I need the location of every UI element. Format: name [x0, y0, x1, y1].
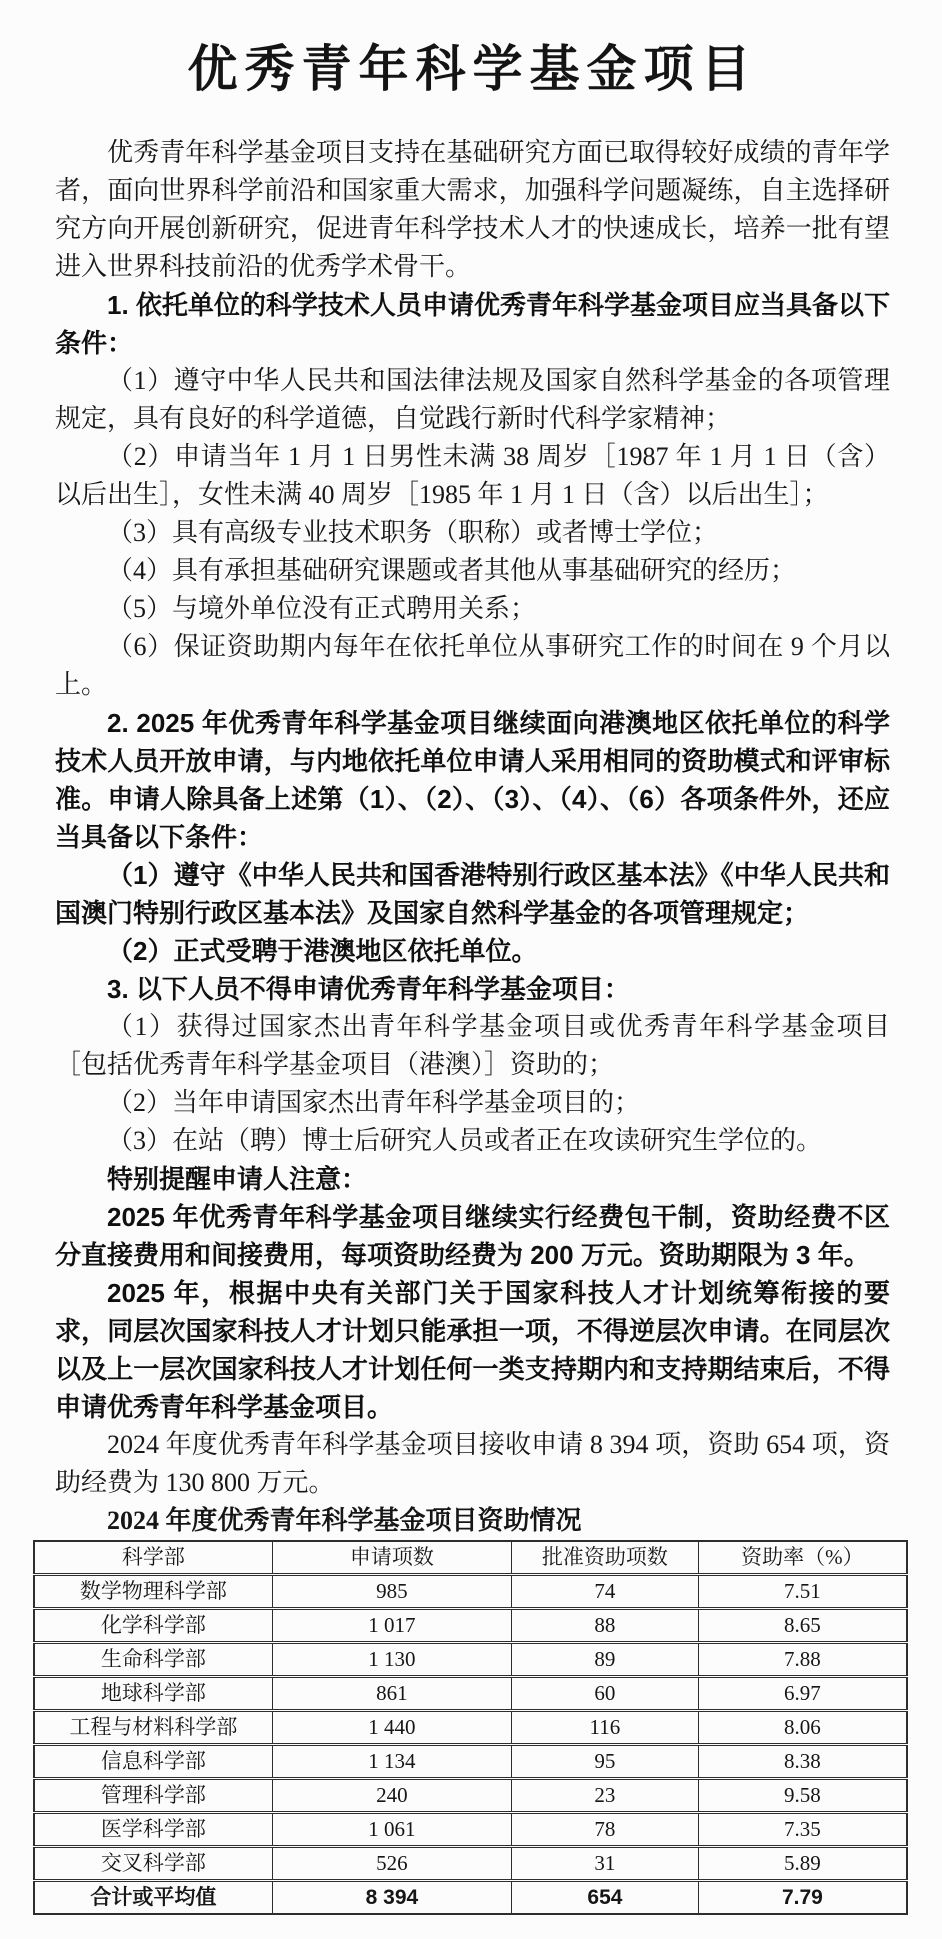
- table-cell-approved: 74: [512, 1575, 699, 1609]
- section-2-heading: 2. 2025 年优秀青年科学基金项目继续面向港澳地区依托单位的科学技术人员开放…: [55, 704, 890, 856]
- hk-macau-condition-1: （1）遵守《中华人民共和国香港特别行政区基本法》《中华人民共和国澳门特别行政区基…: [55, 856, 890, 932]
- table-cell-approved: 78: [512, 1813, 699, 1847]
- table-cell-approved: 89: [512, 1643, 699, 1677]
- stats-2024-paragraph: 2024 年度优秀青年科学基金项目接收申请 8 394 项，资助 654 项，资…: [55, 1426, 890, 1502]
- table-cell-department: 医学科学部: [34, 1813, 272, 1847]
- column-header-rate: 资助率（%）: [698, 1541, 907, 1575]
- table-row: 生命科学部 1 130 89 7.88: [34, 1643, 907, 1677]
- funding-amount-paragraph: 2025 年优秀青年科学基金项目继续实行经费包干制，资助经费不区分直接费用和间接…: [55, 1198, 890, 1274]
- table-cell-approved: 95: [512, 1745, 699, 1779]
- table-cell-approved: 23: [512, 1779, 699, 1813]
- page-title: 优秀青年科学基金项目: [55, 38, 890, 100]
- table-cell-rate: 9.58: [698, 1779, 907, 1813]
- table-cell-applications: 1 017: [272, 1609, 511, 1643]
- table-cell-total-approved: 654: [512, 1881, 699, 1915]
- table-cell-approved: 31: [512, 1847, 699, 1881]
- table-cell-department: 化学科学部: [34, 1609, 272, 1643]
- table-cell-department: 工程与材料科学部: [34, 1711, 272, 1745]
- condition-1-item-1: （1）遵守中华人民共和国法律法规及国家自然科学基金的各项管理规定，具有良好的科学…: [55, 362, 890, 438]
- table-cell-department: 管理科学部: [34, 1779, 272, 1813]
- table-cell-applications: 1 134: [272, 1745, 511, 1779]
- special-note-heading: 特别提醒申请人注意：: [55, 1160, 890, 1198]
- table-row: 管理科学部 240 23 9.58: [34, 1779, 907, 1813]
- table-cell-rate: 7.88: [698, 1643, 907, 1677]
- table-cell-approved: 116: [512, 1711, 699, 1745]
- table-cell-rate: 7.35: [698, 1813, 907, 1847]
- table-cell-department: 数学物理科学部: [34, 1575, 272, 1609]
- table-cell-rate: 8.06: [698, 1711, 907, 1745]
- table-cell-applications: 861: [272, 1677, 511, 1711]
- table-cell-applications: 1 130: [272, 1643, 511, 1677]
- table-cell-applications: 526: [272, 1847, 511, 1881]
- table-total-row: 合计或平均值 8 394 654 7.79: [34, 1881, 907, 1915]
- section-3-heading: 3. 以下人员不得申请优秀青年科学基金项目：: [55, 970, 890, 1008]
- table-cell-department: 信息科学部: [34, 1745, 272, 1779]
- talent-plan-note-paragraph: 2025 年，根据中央有关部门关于国家科技人才计划统筹衔接的要求，同层次国家科技…: [55, 1274, 890, 1426]
- table-row: 地球科学部 861 60 6.97: [34, 1677, 907, 1711]
- condition-1-item-4: （4）具有承担基础研究课题或者其他从事基础研究的经历；: [55, 552, 890, 590]
- column-header-approved: 批准资助项数: [512, 1541, 699, 1575]
- table-cell-total-label: 合计或平均值: [34, 1881, 272, 1915]
- funding-table-container: 科学部 申请项数 批准资助项数 资助率（%） 数学物理科学部 985 74 7.…: [33, 1540, 908, 1915]
- column-header-department: 科学部: [34, 1541, 272, 1575]
- table-cell-approved: 60: [512, 1677, 699, 1711]
- condition-1-item-6: （6）保证资助期内每年在依托单位从事研究工作的时间在 9 个月以上。: [55, 628, 890, 704]
- table-row: 工程与材料科学部 1 440 116 8.06: [34, 1711, 907, 1745]
- table-cell-applications: 240: [272, 1779, 511, 1813]
- table-row: 化学科学部 1 017 88 8.65: [34, 1609, 907, 1643]
- table-cell-rate: 8.65: [698, 1609, 907, 1643]
- table-cell-department: 生命科学部: [34, 1643, 272, 1677]
- section-1-heading: 1. 依托单位的科学技术人员申请优秀青年科学基金项目应当具备以下条件：: [55, 286, 890, 362]
- excluded-item-2: （2）当年申请国家杰出青年科学基金项目的；: [55, 1084, 890, 1122]
- table-cell-department: 地球科学部: [34, 1677, 272, 1711]
- column-header-applications: 申请项数: [272, 1541, 511, 1575]
- table-cell-approved: 88: [512, 1609, 699, 1643]
- condition-1-item-5: （5）与境外单位没有正式聘用关系；: [55, 590, 890, 628]
- table-cell-department: 交叉科学部: [34, 1847, 272, 1881]
- excluded-item-1: （1）获得过国家杰出青年科学基金项目或优秀青年科学基金项目［包括优秀青年科学基金…: [55, 1008, 890, 1084]
- table-cell-applications: 1 061: [272, 1813, 511, 1847]
- hk-macau-condition-2: （2）正式受聘于港澳地区依托单位。: [55, 932, 890, 970]
- intro-paragraph: 优秀青年科学基金项目支持在基础研究方面已取得较好成绩的青年学者，面向世界科学前沿…: [55, 134, 890, 286]
- table-caption: 2024 年度优秀青年科学基金项目资助情况: [55, 1502, 890, 1540]
- table-row: 信息科学部 1 134 95 8.38: [34, 1745, 907, 1779]
- table-cell-rate: 8.38: [698, 1745, 907, 1779]
- table-row: 医学科学部 1 061 78 7.35: [34, 1813, 907, 1847]
- table-cell-rate: 5.89: [698, 1847, 907, 1881]
- table-header-row: 科学部 申请项数 批准资助项数 资助率（%）: [34, 1541, 907, 1575]
- document-page: 优秀青年科学基金项目 优秀青年科学基金项目支持在基础研究方面已取得较好成绩的青年…: [0, 0, 942, 1939]
- table-cell-rate: 7.51: [698, 1575, 907, 1609]
- table-cell-total-applications: 8 394: [272, 1881, 511, 1915]
- table-row: 交叉科学部 526 31 5.89: [34, 1847, 907, 1881]
- funding-table: 科学部 申请项数 批准资助项数 资助率（%） 数学物理科学部 985 74 7.…: [33, 1540, 908, 1915]
- condition-1-item-2: （2）申请当年 1 月 1 日男性未满 38 周岁［1987 年 1 月 1 日…: [55, 438, 890, 514]
- condition-1-item-3: （3）具有高级专业技术职务（职称）或者博士学位；: [55, 514, 890, 552]
- table-row: 数学物理科学部 985 74 7.51: [34, 1575, 907, 1609]
- excluded-item-3: （3）在站（聘）博士后研究人员或者正在攻读研究生学位的。: [55, 1122, 890, 1160]
- table-cell-total-rate: 7.79: [698, 1881, 907, 1915]
- table-cell-applications: 985: [272, 1575, 511, 1609]
- table-cell-rate: 6.97: [698, 1677, 907, 1711]
- table-cell-applications: 1 440: [272, 1711, 511, 1745]
